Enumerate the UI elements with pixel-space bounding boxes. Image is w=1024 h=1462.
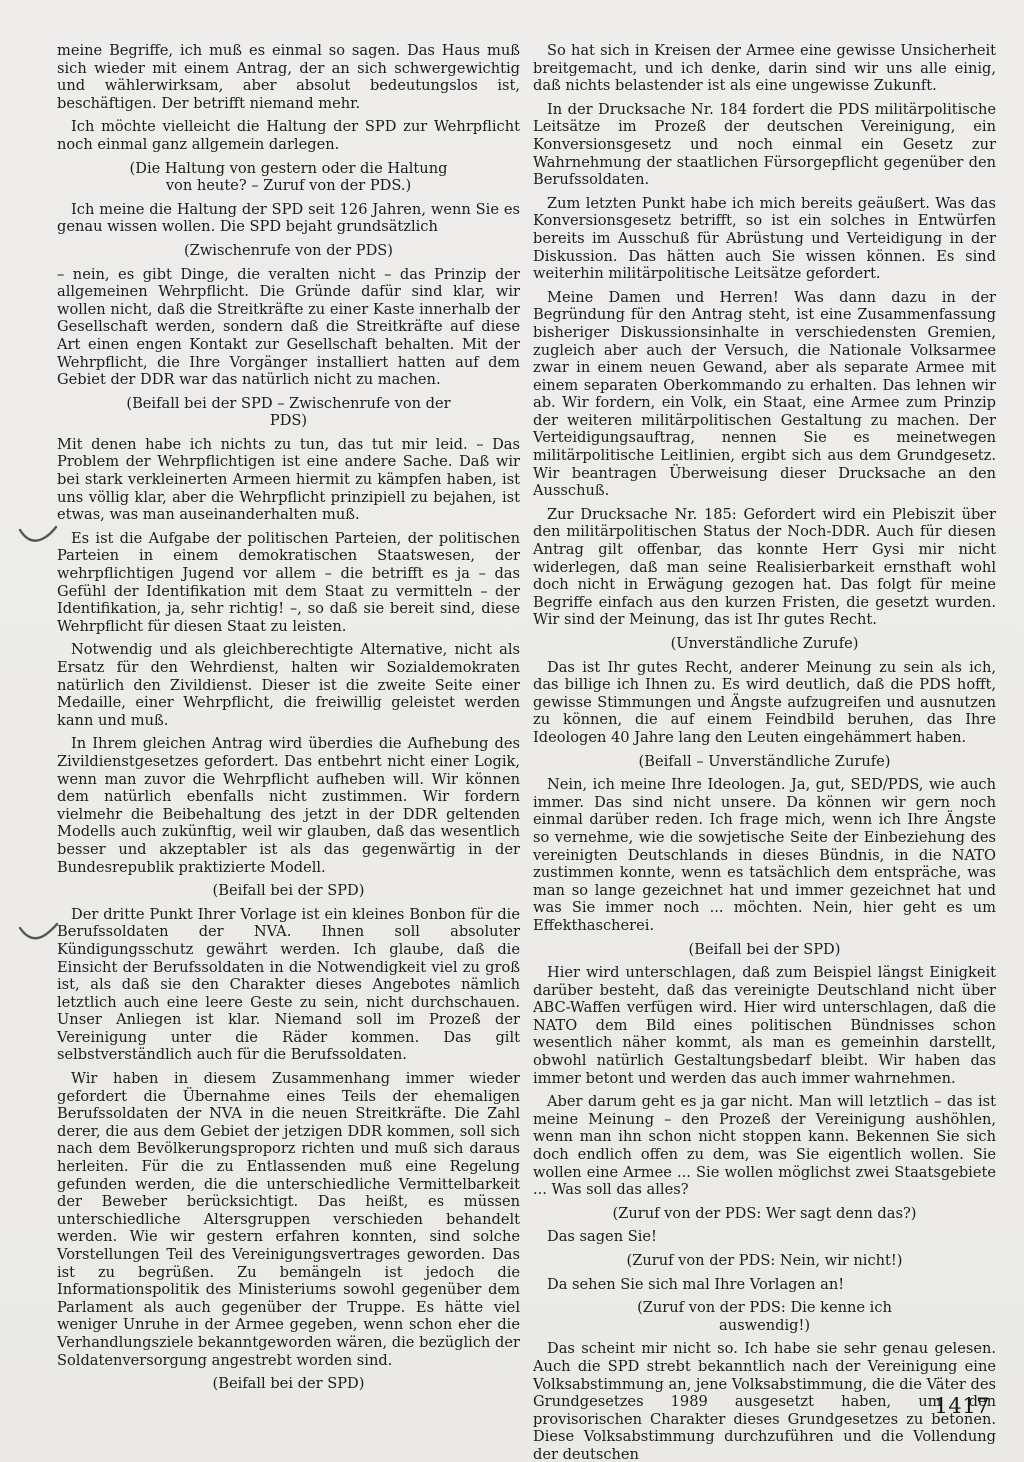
speech-paragraph: Hier wird unterschlagen, daß zum Beispie… (533, 964, 996, 1087)
stage-direction: (Zuruf von der PDS: Die kenne ich auswen… (533, 1299, 996, 1334)
speech-paragraph: Mit denen habe ich nichts zu tun, das tu… (57, 436, 520, 524)
stage-direction: (Die Haltung von gestern oder die Haltun… (57, 160, 520, 195)
speech-paragraph: So hat sich in Kreisen der Armee eine ge… (533, 42, 996, 95)
stage-direction: (Beifall bei der SPD) (533, 941, 996, 959)
stage-direction: (Zwischenrufe von der PDS) (57, 242, 520, 260)
speech-paragraph: Wir haben in diesem Zusammenhang immer w… (57, 1070, 520, 1369)
speech-paragraph: Zum letzten Punkt habe ich mich bereits … (533, 195, 996, 283)
speech-paragraph: In Ihrem gleichen Antrag wird überdies d… (57, 735, 520, 876)
speech-paragraph: Nein, ich meine Ihre Ideologen. Ja, gut,… (533, 776, 996, 934)
speech-paragraph: – nein, es gibt Dinge, die veralten nich… (57, 266, 520, 389)
speech-paragraph: Aber darum geht es ja gar nicht. Man wil… (533, 1093, 996, 1199)
speech-paragraph: In der Drucksache Nr. 184 fordert die PD… (533, 101, 996, 189)
speech-paragraph: Der dritte Punkt Ihrer Vorlage ist ein k… (57, 906, 520, 1064)
protocol-page: meine Begriffe, ich muß es einmal so sag… (0, 0, 1024, 1462)
speech-paragraph: Meine Damen und Herren! Was dann dazu in… (533, 289, 996, 500)
speech-paragraph: Das sagen Sie! (533, 1228, 996, 1246)
stage-direction: (Unverständliche Zurufe) (533, 635, 996, 653)
right-column: So hat sich in Kreisen der Armee eine ge… (533, 42, 996, 1462)
stage-direction: (Beifall bei der SPD) (57, 882, 520, 900)
two-column-text-body: meine Begriffe, ich muß es einmal so sag… (57, 42, 997, 1462)
speech-paragraph: Es ist die Aufgabe der politischen Parte… (57, 530, 520, 636)
speech-paragraph: Notwendig und als gleichberechtigte Alte… (57, 641, 520, 729)
handwritten-curve-mark (16, 520, 60, 550)
handwritten-curve-mark (16, 916, 60, 946)
speech-paragraph: Das ist Ihr gutes Recht, anderer Meinung… (533, 659, 996, 747)
left-column: meine Begriffe, ich muß es einmal so sag… (57, 42, 520, 1462)
stage-direction: (Zuruf von der PDS: Wer sagt denn das?) (533, 1205, 996, 1223)
speech-paragraph: Das scheint mir nicht so. Ich habe sie s… (533, 1340, 996, 1462)
speech-paragraph: Ich möchte vielleicht die Haltung der SP… (57, 118, 520, 153)
page-number: 1417 (935, 1394, 990, 1418)
stage-direction: (Beifall bei der SPD) (57, 1375, 520, 1393)
stage-direction: (Beifall – Unverständliche Zurufe) (533, 753, 996, 771)
stage-direction: (Beifall bei der SPD – Zwischenrufe von … (57, 395, 520, 430)
speech-paragraph: meine Begriffe, ich muß es einmal so sag… (57, 42, 520, 112)
speech-paragraph: Zur Drucksache Nr. 185: Gefordert wird e… (533, 506, 996, 629)
speech-paragraph: Ich meine die Haltung der SPD seit 126 J… (57, 201, 520, 236)
stage-direction: (Zuruf von der PDS: Nein, wir nicht!) (533, 1252, 996, 1270)
speech-paragraph: Da sehen Sie sich mal Ihre Vorlagen an! (533, 1276, 996, 1294)
